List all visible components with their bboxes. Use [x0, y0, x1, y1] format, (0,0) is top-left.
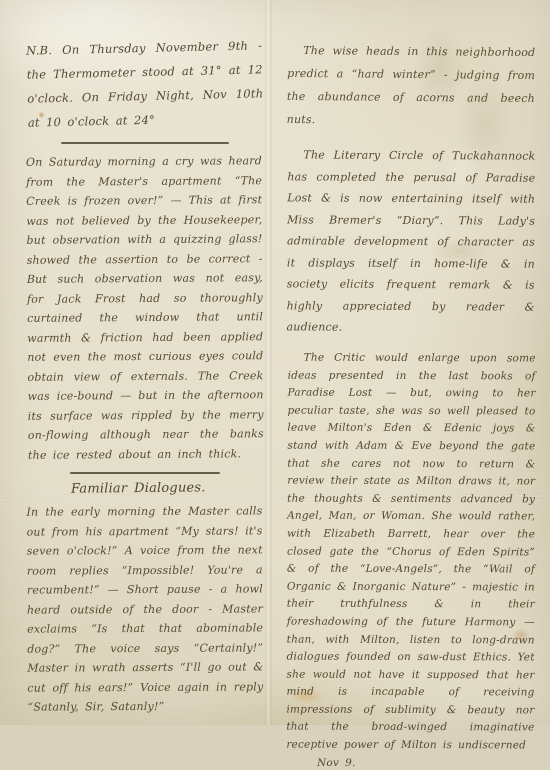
divider-rule — [70, 472, 220, 474]
literary-circle-entry: The Literary Circle of Tuckahannock has … — [286, 144, 535, 339]
hard-winter-prediction-note: The wise heads in this neighborhood pred… — [287, 39, 536, 133]
critic-paradise-lost-entry: The Critic would enlarge upon some ideas… — [286, 349, 535, 725]
center-fold-crease — [265, 0, 272, 725]
section-heading-familiar-dialogues: Familiar Dialogues. — [27, 477, 263, 501]
left-page-column: N.B. On Thursday November 9th - the Ther… — [27, 36, 263, 717]
manuscript-page: N.B. On Thursday November 9th - the Ther… — [0, 0, 550, 725]
familiar-dialogues-entry: In the early morning the Master calls ou… — [26, 501, 263, 717]
right-page-column: The wise heads in this neighborhood pred… — [287, 40, 535, 725]
saturday-frozen-creek-entry: On Saturday morning a cry was heard from… — [26, 151, 264, 465]
nb-temperature-note: N.B. On Thursday November 9th - the Ther… — [26, 33, 264, 134]
divider-rule — [61, 142, 229, 144]
